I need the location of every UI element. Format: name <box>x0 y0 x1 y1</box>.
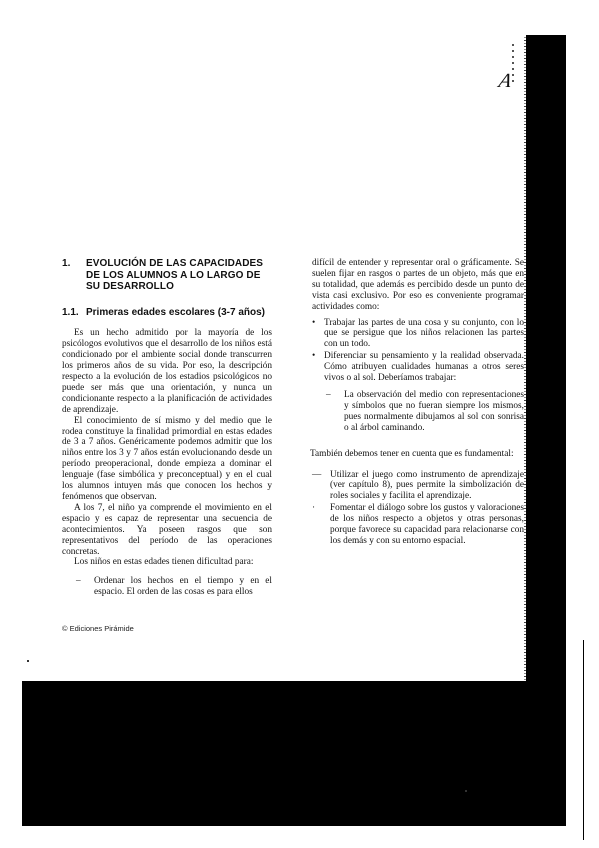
list-item-text: Trabajar las partes de una cosa y su con… <box>324 318 524 351</box>
dash-marker: — <box>312 470 330 503</box>
scan-speck <box>27 660 29 662</box>
sub-bullet-list: – La observación del medio con represent… <box>326 390 524 434</box>
bullet-list: • Trabajar las partes de una cosa y su c… <box>312 318 524 384</box>
subsection-heading: 1.1. Primeras edades escolares (3-7 años… <box>62 308 272 319</box>
list-item-text: Diferenciar su pensamiento y la realidad… <box>324 351 524 384</box>
scan-black-block <box>22 681 566 826</box>
paragraph: El conocimiento de sí mismo y del medio … <box>62 416 272 503</box>
paragraph-continuation: difícil de entender y representar oral o… <box>312 258 524 313</box>
right-column: difícil de entender y representar oral o… <box>312 258 524 548</box>
section-heading: 1. EVOLUCIÓN DE LAS CAPACIDADES DE LOS A… <box>62 258 272 293</box>
list-item: · Fomentar el diálogo sobre los gustos y… <box>312 503 524 547</box>
corner-mark: A <box>497 70 514 93</box>
paragraph: Los niños en estas edades tienen dificul… <box>62 557 272 568</box>
dash-marker: – <box>326 390 344 434</box>
scanned-page: A 1. EVOLUCIÓN DE LAS CAPACIDADES DE LOS… <box>0 0 599 848</box>
section-number: 1. <box>62 258 86 293</box>
paragraph: Es un hecho admitido por la mayoría de l… <box>62 328 272 415</box>
list-item-text: Ordenar los hechos en el tiempo y en el … <box>94 576 272 598</box>
dash-list: — Utilizar el juego como instrumento de … <box>312 470 524 547</box>
difficulty-list: – Ordenar los hechos en el tiempo y en e… <box>76 576 272 598</box>
list-item: – Ordenar los hechos en el tiempo y en e… <box>76 576 272 598</box>
subsection-title: Primeras edades escolares (3-7 años) <box>86 308 265 319</box>
list-item-text: Utilizar el juego como instrumento de ap… <box>330 470 524 503</box>
list-item: – La observación del medio con represent… <box>326 390 524 434</box>
scan-edge-line <box>583 640 584 840</box>
bullet-marker: • <box>312 318 324 351</box>
list-item: • Trabajar las partes de una cosa y su c… <box>312 318 524 351</box>
bullet-marker: • <box>312 351 324 384</box>
paragraph: A los 7, el niño ya comprende el movimie… <box>62 503 272 558</box>
left-column: 1. EVOLUCIÓN DE LAS CAPACIDADES DE LOS A… <box>62 258 272 599</box>
list-item: • Diferenciar su pensamiento y la realid… <box>312 351 524 384</box>
dot-marker: · <box>312 503 330 547</box>
list-item-text: Fomentar el diálogo sobre los gustos y v… <box>330 503 524 547</box>
paragraph: También debemos tener en cuenta que es f… <box>310 449 524 460</box>
subsection-number: 1.1. <box>62 308 86 319</box>
dash-marker: – <box>76 576 94 598</box>
list-item: — Utilizar el juego como instrumento de … <box>312 470 524 503</box>
scan-speck <box>465 790 467 792</box>
publisher-footer: © Ediciones Pirámide <box>62 624 134 633</box>
section-title: EVOLUCIÓN DE LAS CAPACIDADES DE LOS ALUM… <box>86 258 272 293</box>
list-item-text: La observación del medio con representac… <box>344 390 524 434</box>
